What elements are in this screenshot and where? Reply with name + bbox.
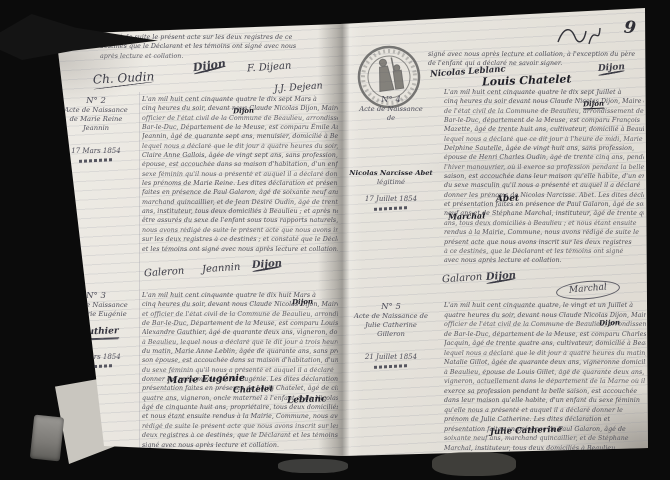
handwritten-line: Bar-le-Duc, Département de la Meuse, est…: [142, 123, 338, 132]
flourish-dashes: [79, 158, 113, 163]
handwritten-line: du matin, Marie Anne Leblin, âgée de qua…: [142, 347, 338, 356]
handwritten-line: du sexe masculin qu'il nous a présenté e…: [444, 181, 644, 190]
handwritten-line: faites en présence de Paul Galaron, âgé …: [142, 188, 338, 197]
act5-number: N° 5: [338, 302, 444, 312]
handwritten-line: l'hiver manouvrier, où il exerce sa prof…: [444, 163, 644, 172]
handwritten-line: cinq heures du soir devant nous Claude N…: [444, 97, 644, 106]
over-inked-name: Dijon: [292, 297, 313, 307]
handwritten-line: et présentation faites en présence de Pa…: [444, 200, 644, 209]
handwritten-line: lequel nous a déclaré que le dit jour à …: [142, 142, 338, 151]
handwritten-line: et nous étant ensuite rendus à la Mairie…: [142, 412, 338, 421]
handwritten-line: marchand quincaillier, et de Jean Désiré…: [142, 198, 338, 207]
handwritten-line: ans, instituteur, tous deux domiciliés à…: [142, 207, 338, 216]
act4-body-text: L'an mil huit cent cinquante quatre le d…: [444, 88, 644, 267]
handwritten-line: prénom de Julie Catherine. Les dites déc…: [444, 415, 646, 425]
over-inked-name: Abet: [496, 195, 519, 205]
margin-note-act3: N° 3 Acte de Naissance de Marie Eugénie …: [50, 291, 142, 368]
handwritten-line: soixante neuf ans, marchand quincaillier…: [444, 434, 646, 444]
handwritten-line: de Bar-le-Duc, Département de la Meuse, …: [142, 319, 338, 328]
act3-title-line: Acte de Naissance: [50, 301, 142, 310]
handwritten-line: exerce sa profession pendant la belle sa…: [444, 387, 646, 397]
handwritten-line: présent acte que nous avons inscrit sur …: [444, 238, 644, 247]
handwritten-line: nous avons rédigé de suite le présent ac…: [142, 226, 338, 235]
margin-note-act2: N° 2 Acte de Naissance de Marie Reine Je…: [50, 96, 142, 162]
over-inked-name: Leblanc: [287, 395, 327, 405]
handwritten-line: lequel nous a déclaré que le dit jour à …: [444, 349, 646, 359]
handwritten-line: L'an mil huit cent cinquante quatre, le …: [444, 301, 646, 311]
act2-title-line: Acte de Naissance: [50, 106, 142, 115]
flourish-dashes: [79, 364, 113, 369]
handwritten-line: et les témoins ont signé avec nous après…: [142, 245, 338, 254]
signature-galeron: Galeron: [144, 266, 185, 280]
handwritten-line: épouse, est accouchée dans sa maison d'h…: [142, 160, 338, 169]
signature-dijon-paraph: Dijon: [486, 270, 517, 285]
handwritten-line: Claire Anne Gallois, âgée de vingt sept …: [142, 151, 338, 160]
scanned-register-photo: 8 9 Rédigé de suite le présent acte sur …: [0, 0, 670, 480]
act3-body-text: L'an mil huit cent cinquante quatre le d…: [142, 291, 338, 451]
act4-de-line: de: [342, 114, 440, 123]
folio-number-right: 9: [623, 17, 637, 38]
act4-number: N° 4: [342, 95, 440, 105]
shadow-smudge: [278, 459, 348, 473]
shadow-smudge: [432, 452, 516, 476]
handwritten-line: sexe féminin qu'il nous a présenté et au…: [142, 170, 338, 179]
margin-signature-gauthier: Gauthier: [73, 325, 118, 340]
flourish-dashes: [374, 364, 408, 369]
handwritten-line: épouse de Henri Charles Oudin, âgé de tr…: [444, 153, 644, 162]
signature-f-dijean: F. Dijean: [247, 60, 292, 74]
handwritten-line: de l'état civil de la Commune de Beaulie…: [444, 107, 644, 116]
signature-dijon-paraph: Dijon: [192, 58, 227, 75]
act2-body-text: L'an mil huit cent cinquante quatre le d…: [142, 95, 338, 255]
handwritten-line: à ce destinés, que le Déclarant et les t…: [444, 247, 644, 256]
handwritten-line: à Beaulieu, épouse de Louis Gillet, âgé …: [444, 368, 646, 378]
act4-title-line: Acte de Naissance: [342, 105, 440, 114]
handwritten-line: destinés que le Déclarant et les témoins…: [100, 42, 332, 51]
act2-name-line: de Marie Reine: [50, 115, 142, 124]
over-inked-name: Dijon: [583, 99, 604, 110]
act2-number: N° 2: [50, 96, 142, 106]
register-double-page: 8 9 Rédigé de suite le présent acte sur …: [0, 0, 670, 480]
act3-number: N° 3: [50, 291, 142, 301]
signature-dijon-paraph: Dijon: [598, 62, 626, 77]
act3-name-line: de Marie Eugénie: [50, 310, 142, 319]
handwritten-line: signé avec nous après lecture et collati…: [142, 441, 338, 450]
act5-date: 21 Juillet 1854: [338, 353, 444, 362]
act5-title-line: Acte de Naissance de: [338, 312, 444, 321]
over-inked-name: Dijon: [599, 318, 620, 328]
handwritten-line: vigneron, actuellement dans le départeme…: [444, 377, 646, 387]
margin-note-act4: N° 4 Acte de Naissance de Nicolas Narcis…: [342, 95, 440, 210]
flourish-dashes: [374, 206, 408, 211]
handwritten-line: saison, est accouchée dans leur maison q…: [444, 172, 644, 181]
handwritten-line: deux registres à ce destinés, que le Déc…: [142, 431, 338, 440]
margin-note-act5: N° 5 Acte de Naissance de Julie Catherin…: [338, 302, 444, 368]
handwritten-line: donner les prénoms de Nicolas Narcisse. …: [444, 191, 644, 200]
handwritten-line: signé avec nous après lecture et collati…: [428, 50, 642, 59]
handwritten-line: L'an mil huit cent cinquante quatre le d…: [444, 88, 644, 97]
act2-surname-line: Jeannin: [50, 124, 142, 133]
handwritten-line: lequel nous a déclaré que ce dit jour à …: [444, 135, 644, 144]
handwritten-line: Jeannin, âgé de quarante sept ans, menui…: [142, 132, 338, 141]
act5-surname-line: Gilleron: [338, 330, 444, 339]
act4-date: 17 Juillet 1854: [342, 195, 440, 204]
binder-clip: [30, 415, 64, 462]
over-inked-name: Chatelet: [233, 385, 274, 395]
handwritten-line: être assurés du sexe de l'enfant sous to…: [142, 216, 338, 225]
over-inked-name: Dijon: [233, 106, 254, 116]
handwritten-line: Alexandre Gauthier, âgé de quarante deux…: [142, 328, 338, 337]
act5-name-line: Julie Catherine: [338, 321, 444, 330]
handwritten-line: rendus à la Mairie, Commune, nous avons …: [444, 228, 644, 237]
handwritten-line: qu'elle nous a présenté et auquel il a d…: [444, 406, 646, 416]
handwritten-line: les prénoms de Marie Reine. Les dites dé…: [142, 179, 338, 188]
handwritten-line: à Beaulieu, lequel nous a déclaré que le…: [142, 338, 338, 347]
handwritten-line: sur les deux registres à ce destinés ; e…: [142, 235, 338, 244]
signature-jeannin: Jeannin: [202, 262, 241, 276]
handwritten-line: Jacquin, âgé de trente quatre ans, culti…: [444, 339, 646, 349]
handwritten-line: avec nous après lecture et collation.: [444, 256, 644, 265]
handwritten-line: de Bar-le-Duc, département de la Meuse, …: [444, 330, 646, 340]
handwritten-line: dans leur maison qu'elle habite, d'un en…: [444, 396, 646, 406]
handwritten-line: Bar-le-Duc, département de la Meuse, est…: [444, 116, 644, 125]
handwritten-line: et officier de l'état civil de la Commun…: [142, 310, 338, 319]
handwritten-line: Mazette, âgé de trente huit ans, cultiva…: [444, 125, 644, 134]
act4-legitime-note: légitimé: [342, 178, 440, 187]
handwritten-line: Delphine Sautelle, âgée de vingt huit an…: [444, 144, 644, 153]
signature-louis-chatelet: Louis Chatelet: [482, 73, 572, 87]
over-inked-name: Marie Eugénie: [167, 374, 245, 386]
act4-child-name: Nicolas Narcisse Abet: [342, 169, 440, 178]
registrar-paraph-icon: [556, 22, 602, 50]
signature-ch-oudin: Ch. Oudin: [93, 71, 155, 87]
signature-jj-dejean: J.J. Dejean: [274, 80, 323, 94]
handwritten-line: rédigé de suite le présent acte que nous…: [142, 422, 338, 431]
signature-dijon-paraph: Dijon: [252, 258, 283, 273]
handwritten-line: L'an mil huit cent cinquante quatre le d…: [142, 95, 338, 104]
over-inked-name: Marchal: [448, 211, 485, 221]
signature-marchal-circled: Marchal: [555, 278, 620, 302]
handwritten-line: Natalie Gillot, âgée de quarante deux an…: [444, 358, 646, 368]
act3-date: 18 Mars 1854: [50, 353, 142, 362]
signature-galaron: Galaron: [442, 272, 483, 286]
handwritten-line: son épouse, est accouchée dans sa maison…: [142, 356, 338, 365]
act2-date: 17 Mars 1854: [50, 147, 142, 156]
